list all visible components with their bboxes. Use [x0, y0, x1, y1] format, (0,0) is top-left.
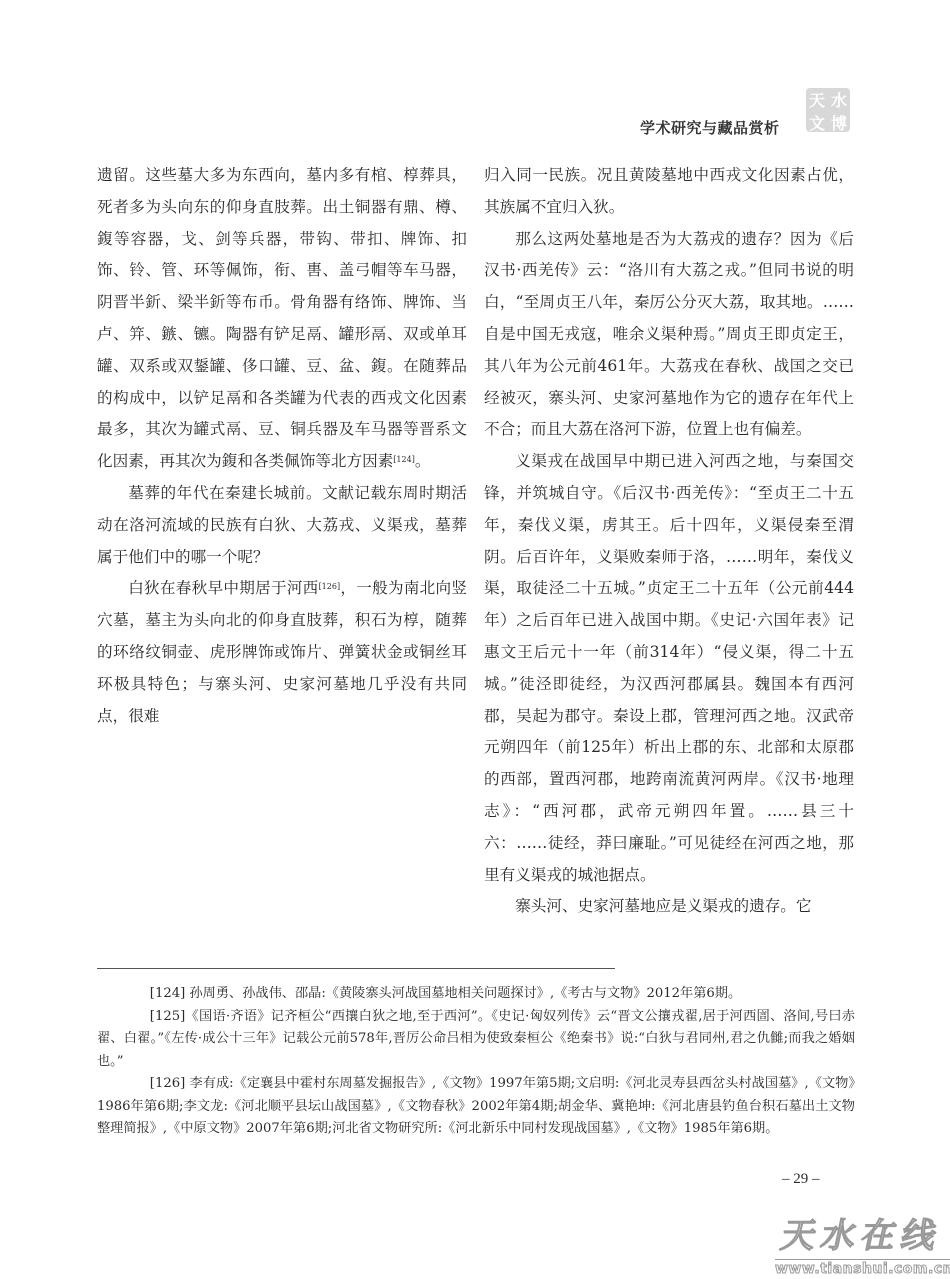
footnote-ref[interactable]: [126]	[319, 582, 341, 591]
paragraph-text: 墓葬的年代在秦建长城前。文献记载东周时期活动在洛河流域的民族有白狄、大荔戎、义渠…	[97, 484, 467, 566]
footnotes: [124] 孙周勇、孙战伟、邵晶:《黄陵寨头河战国墓地相关问题探讨》,《考古与文…	[97, 983, 855, 1141]
paragraph-tail: ，一般为南北向竖穴墓，墓主为头向北的仰身直肢葬，积石为椁，随葬的环络纹铜壶、虎形…	[97, 579, 467, 724]
footnote-id: [124]	[150, 986, 185, 1001]
footnote-id: [126]	[150, 1076, 185, 1091]
footnote-text: 李有成:《定襄县中霍村东周墓发掘报告》,《文物》1997年第5期;文启明:《河北…	[97, 1076, 855, 1136]
museum-logo-icon: 天 水 文 博	[806, 88, 850, 132]
watermark-url: www.tianshui.com.cn	[775, 1259, 950, 1277]
paragraph: 寨头河、史家河墓地应是义渠戎的遗存。它	[484, 891, 854, 923]
paragraph: 归入同一民族。况且黄陵墓地中西戎文化因素占优，其族属不宜归入狄。	[484, 160, 854, 224]
section-title: 学术研究与藏品赏析	[640, 117, 780, 138]
paragraph: 遗留。这些墓大多为东西向，墓内多有棺、椁葬具，死者多为头向东的仰身直肢葬。出土铜…	[97, 160, 467, 478]
footnote-text: 《国语·齐语》记齐桓公“西攘白狄之地,至于西河”。《史记·匈奴列传》云“晋文公攘…	[97, 1009, 855, 1069]
paragraph: 墓葬的年代在秦建长城前。文献记载东周时期活动在洛河流域的民族有白狄、大荔戎、义渠…	[97, 478, 467, 573]
watermark: 天水在线 www.tianshui.com.cn	[775, 1208, 950, 1277]
logo-char: 文	[809, 111, 825, 134]
paragraph: 那么这两处墓地是否为大荔戎的遗存？因为《后汉书·西羌传》云：“洛川有大荔之戎。”…	[484, 224, 854, 447]
paragraph-text: 白狄在春秋早中期居于河西	[128, 579, 318, 597]
paragraph: 义渠戎在战国早中期已进入河西之地，与秦国交锋，并筑城自守。《后汉书·西羌传》：“…	[484, 446, 854, 891]
footnote-divider	[97, 968, 615, 969]
right-column: 归入同一民族。况且黄陵墓地中西戎文化因素占优，其族属不宜归入狄。 那么这两处墓地…	[484, 160, 854, 923]
footnote-125: [125]《国语·齐语》记齐桓公“西攘白狄之地,至于西河”。《史记·匈奴列传》云…	[97, 1006, 855, 1074]
logo-char: 水	[831, 88, 847, 111]
paragraph: 白狄在春秋早中期居于河西[126]，一般为南北向竖穴墓，墓主为头向北的仰身直肢葬…	[97, 573, 467, 732]
left-column: 遗留。这些墓大多为东西向，墓内多有棺、椁葬具，死者多为头向东的仰身直肢葬。出土铜…	[97, 160, 467, 732]
watermark-text: 天水在线	[770, 1208, 950, 1257]
footnote-id: [125]	[150, 1009, 185, 1024]
footnote-124: [124] 孙周勇、孙战伟、邵晶:《黄陵寨头河战国墓地相关问题探讨》,《考古与文…	[97, 983, 855, 1006]
paragraph-tail: 。	[415, 452, 431, 470]
page-number: – 29 –	[782, 1171, 820, 1188]
footnote-126: [126] 李有成:《定襄县中霍村东周墓发掘报告》,《文物》1997年第5期;文…	[97, 1073, 855, 1141]
logo-char: 天	[809, 88, 825, 111]
paragraph-text: 遗留。这些墓大多为东西向，墓内多有棺、椁葬具，死者多为头向东的仰身直肢葬。出土铜…	[97, 166, 467, 470]
footnote-text: 孙周勇、孙战伟、邵晶:《黄陵寨头河战国墓地相关问题探讨》,《考古与文物》2012…	[189, 986, 741, 1001]
logo-char: 博	[831, 111, 847, 134]
footnote-ref[interactable]: [124]	[393, 455, 415, 464]
